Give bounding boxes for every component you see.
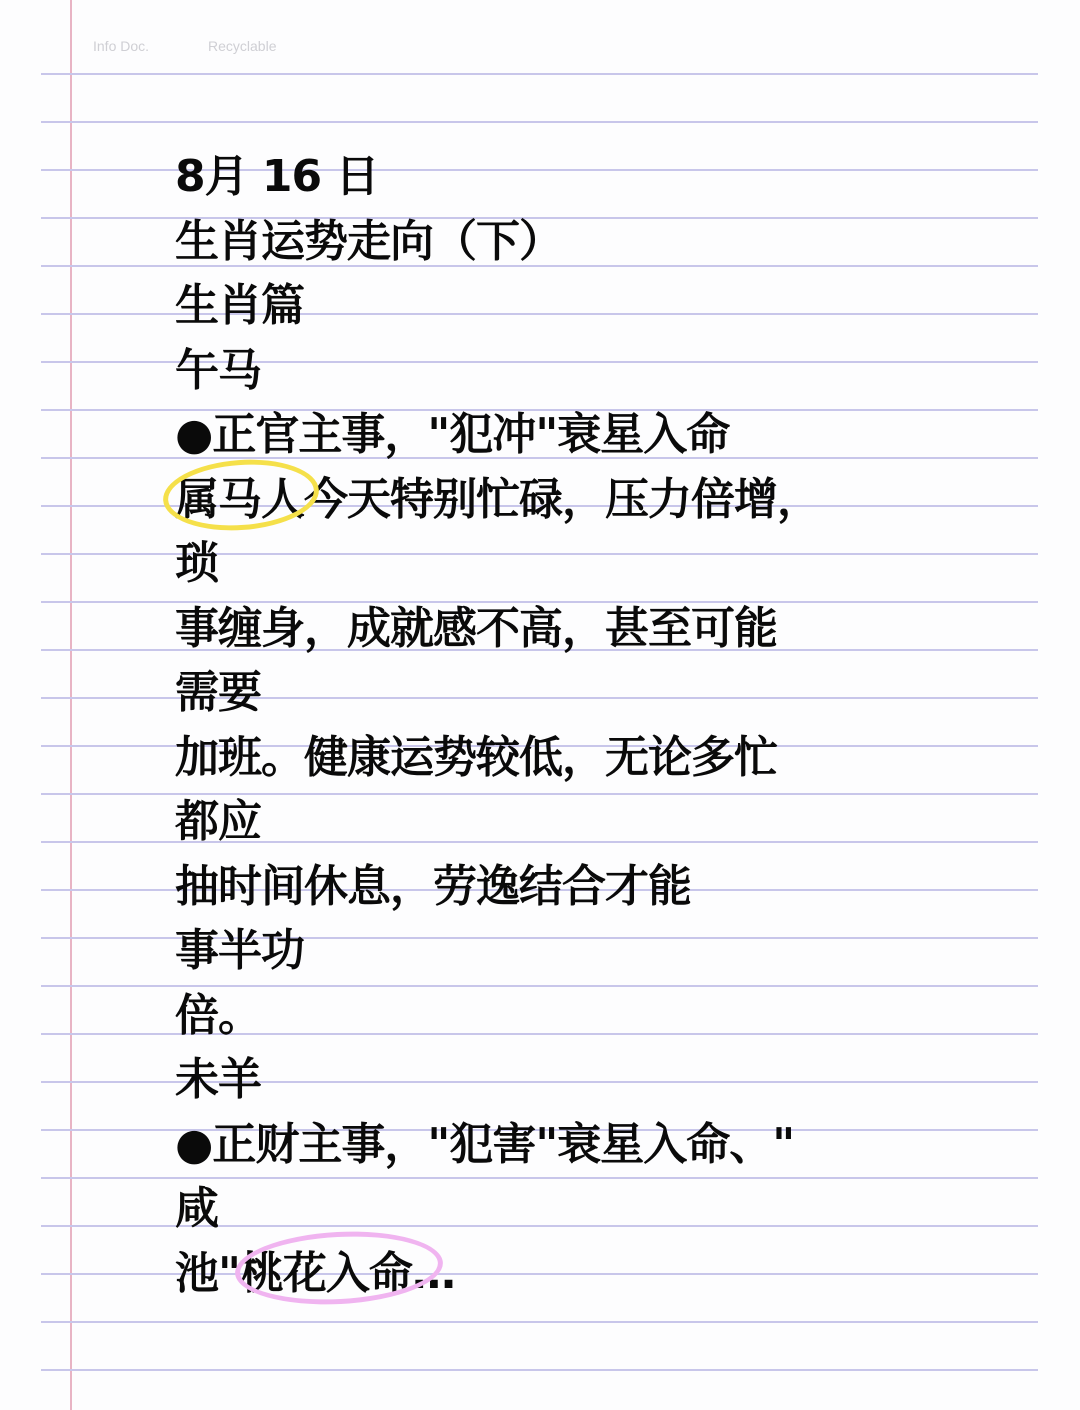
text-line: 琐 xyxy=(175,532,820,597)
text-line: 事缠身，成就感不高，甚至可能 xyxy=(175,597,820,662)
subsection-title: 生肖篇 xyxy=(175,274,820,339)
zodiac-heading-goat: 未羊 xyxy=(175,1048,820,1113)
rule-line xyxy=(41,73,1038,75)
notebook-margin-line xyxy=(70,0,72,1410)
text-line: 加班。健康运势较低，无论多忙 xyxy=(175,726,820,791)
zodiac-heading-horse: 午马 xyxy=(175,339,820,404)
rule-line xyxy=(41,121,1038,123)
header-recyclable: Recyclable xyxy=(208,38,276,54)
document-body: 8月 16 日 生肖运势走向（下） 生肖篇 午马 ●正官主事，"犯冲"衰星入命 … xyxy=(175,145,820,1306)
text-line: 倍。 xyxy=(175,984,820,1049)
bullet-horse: ●正官主事，"犯冲"衰星入命 xyxy=(175,403,820,468)
text-line: 咸 xyxy=(175,1177,820,1242)
rule-line xyxy=(41,1369,1038,1371)
section-title: 生肖运势走向（下） xyxy=(175,210,820,275)
text-line: 需要 xyxy=(175,661,820,726)
text-line: 都应 xyxy=(175,790,820,855)
text-line: 抽时间休息，劳逸结合才能 xyxy=(175,855,820,920)
rule-line xyxy=(41,1321,1038,1323)
header-info-doc: Info Doc. xyxy=(93,38,149,54)
bullet-goat: ●正财主事，"犯害"衰星入命、" xyxy=(175,1113,820,1178)
text-line: 事半功 xyxy=(175,919,820,984)
date-title: 8月 16 日 xyxy=(175,145,820,210)
